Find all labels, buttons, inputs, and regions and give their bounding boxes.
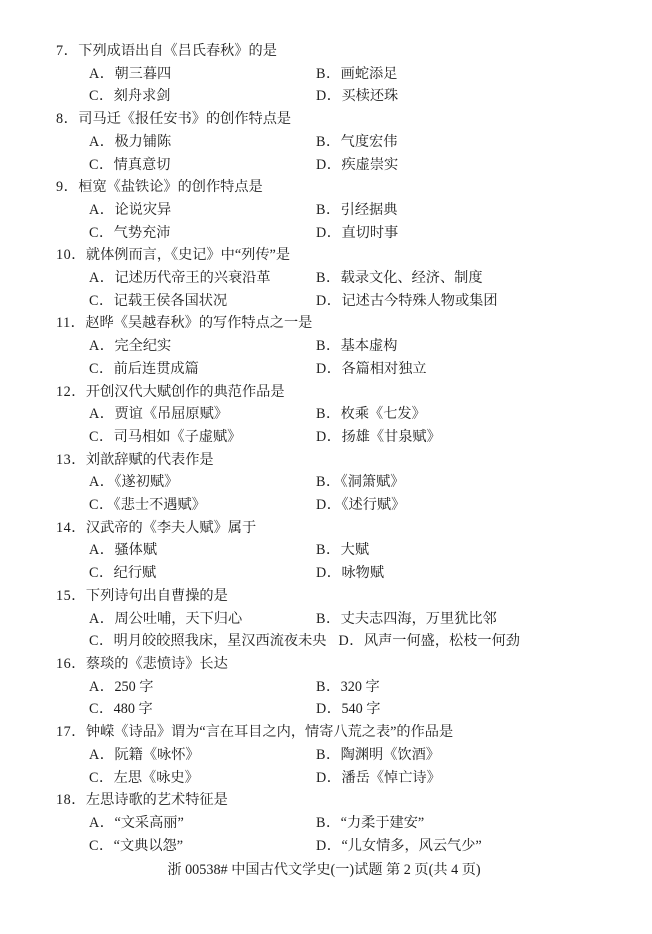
option: B．丈夫志四海，万里犹比邻: [316, 608, 497, 631]
option: A．周公吐哺，天下归心: [89, 608, 316, 631]
option-label: D．: [316, 770, 341, 786]
option: D．“儿女情多，风云气少”: [316, 835, 482, 858]
option-row-ab: A．《遂初赋》 B．《洞箫赋》: [89, 471, 636, 494]
question-stem: 开创汉代大赋创作的典范作品是: [86, 384, 285, 400]
option: A．论说灾异: [89, 199, 316, 222]
option: A．极力铺陈: [89, 131, 316, 154]
question-stem-line: 15．下列诗句出自曹操的是: [56, 585, 636, 608]
option: C．记载王侯各国状况: [89, 290, 316, 313]
question-list: 7．下列成语出自《吕氏春秋》的是 A．朝三暮四 B．画蛇添足 C．刻舟求剑 D．…: [56, 40, 636, 857]
question-stem: 司马迁《报任安书》的创作特点是: [78, 111, 291, 127]
option-row-cd: C．“文典以怨” D．“儿女情多，风云气少”: [89, 835, 636, 858]
option-label: A．: [89, 474, 114, 490]
question-number: 9．: [56, 179, 78, 195]
question-stem-line: 9．桓宽《盐铁论》的创作特点是: [56, 176, 636, 199]
option-label: A．: [89, 270, 114, 286]
option-label: D．: [316, 565, 341, 581]
question: 7．下列成语出自《吕氏春秋》的是 A．朝三暮四 B．画蛇添足 C．刻舟求剑 D．…: [56, 40, 636, 108]
option-row-cd: C．纪行赋 D．咏物赋: [89, 562, 636, 585]
option-label: C．: [89, 701, 114, 717]
option: B．载录文化、经济、制度: [316, 267, 483, 290]
option-label: C．: [89, 88, 114, 104]
question-number: 17．: [56, 724, 86, 740]
option-label: B．: [316, 747, 341, 763]
option: A．骚体赋: [89, 539, 316, 562]
option-text: 480 字: [114, 701, 153, 717]
question: 11．赵晔《吴越春秋》的写作特点之一是 A．完全纪实 B．基本虚构 C．前后连贯…: [56, 312, 636, 380]
option: C．司马相如《子虚赋》: [89, 426, 316, 449]
option: C．“文典以怨”: [89, 835, 316, 858]
option: C．气势充沛: [89, 222, 316, 245]
option-label: A．: [89, 815, 114, 831]
option-row-cd: C．情真意切 D．疾虚崇实: [89, 154, 636, 177]
option: C．刻舟求剑: [89, 85, 316, 108]
question-stem: 桓宽《盐铁论》的创作特点是: [78, 179, 262, 195]
option-label: C．: [89, 497, 114, 513]
question-stem: 下列成语出自《吕氏春秋》的是: [78, 43, 277, 59]
option-label: A．: [89, 202, 114, 218]
option-label: D．: [316, 225, 341, 241]
question-number: 12．: [56, 384, 86, 400]
option: D．风声一何盛，松枝一何劲: [338, 630, 520, 653]
option-row-ab: A．“文采高丽” B．“力柔于建安”: [89, 812, 636, 835]
question: 13．刘歆辞赋的代表作是 A．《遂初赋》 B．《洞箫赋》 C．《悲士不遇赋》 D…: [56, 449, 636, 517]
question: 16．蔡琰的《悲愤诗》长达 A．250 字 B．320 字 C．480 字 D．…: [56, 653, 636, 721]
option-label: D．: [316, 429, 341, 445]
option: C．左思《咏史》: [89, 767, 316, 790]
option-label: B．: [316, 270, 341, 286]
question-stem-line: 12．开创汉代大赋创作的典范作品是: [56, 381, 636, 404]
option-text: “力柔于建安”: [341, 815, 425, 831]
option-row-cd: C．480 字 D．540 字: [89, 698, 636, 721]
option-text: 陶渊明《饮酒》: [341, 747, 440, 763]
option-label: C．: [89, 225, 114, 241]
option: A．阮籍《咏怀》: [89, 744, 316, 767]
option-text: 纪行赋: [114, 565, 157, 581]
option: D．潘岳《悼亡诗》: [316, 767, 441, 790]
question: 12．开创汉代大赋创作的典范作品是 A．贾谊《吊屈原赋》 B．枚乘《七发》 C．…: [56, 381, 636, 449]
option: A．记述历代帝王的兴衰沿革: [89, 267, 316, 290]
option-row-ab: A．阮籍《咏怀》 B．陶渊明《饮酒》: [89, 744, 636, 767]
question: 8．司马迁《报任安书》的创作特点是 A．极力铺陈 B．气度宏伟 C．情真意切 D…: [56, 108, 636, 176]
option-label: A．: [89, 611, 114, 627]
option-text: 前后连贯成篇: [114, 361, 199, 377]
option-text: 疾虚崇实: [341, 157, 398, 173]
page-footer: 浙 00538# 中国古代文学史(一)试题 第 2 页(共 4 页): [12, 859, 636, 882]
question-number: 16．: [56, 656, 86, 672]
option-label: B．: [316, 406, 341, 422]
option-label: B．: [316, 679, 341, 695]
option: C．明月皎皎照我床，星汉西流夜未央: [89, 630, 338, 653]
option-text: 基本虚构: [341, 338, 398, 354]
option: D．540 字: [316, 698, 380, 721]
option-label: B．: [316, 202, 341, 218]
question-stem-line: 17．钟嵘《诗品》谓为“言在耳目之内，情寄八荒之表”的作品是: [56, 721, 636, 744]
option: B．320 字: [316, 676, 380, 699]
option-text: 刻舟求剑: [114, 88, 171, 104]
question-number: 7．: [56, 43, 78, 59]
question-number: 8．: [56, 111, 78, 127]
option-text: 阮籍《咏怀》: [114, 747, 199, 763]
option-row-ab: A．周公吐哺，天下归心 B．丈夫志四海，万里犹比邻: [89, 608, 636, 631]
option-label: D．: [316, 361, 341, 377]
option-text: 枚乘《七发》: [341, 406, 426, 422]
option-text: 论说灾异: [114, 202, 171, 218]
question-number: 18．: [56, 792, 86, 808]
option-label: B．: [316, 611, 341, 627]
option-row-ab: A．骚体赋 B．大赋: [89, 539, 636, 562]
option: D．记述古今特殊人物或集团: [316, 290, 498, 313]
option: B．陶渊明《饮酒》: [316, 744, 440, 767]
option: A．250 字: [89, 676, 316, 699]
option: B．大赋: [316, 539, 369, 562]
option-text: 潘岳《悼亡诗》: [341, 770, 440, 786]
option-row-cd: C．明月皎皎照我床，星汉西流夜未央 D．风声一何盛，松枝一何劲: [89, 630, 636, 653]
option-label: B．: [316, 66, 341, 82]
option-row-cd: C．前后连贯成篇 D．各篇相对独立: [89, 358, 636, 381]
question: 15．下列诗句出自曹操的是 A．周公吐哺，天下归心 B．丈夫志四海，万里犹比邻 …: [56, 585, 636, 653]
option-label: D．: [338, 633, 363, 649]
option-label: A．: [89, 66, 114, 82]
question: 18．左思诗歌的艺术特征是 A．“文采高丽” B．“力柔于建安” C．“文典以怨…: [56, 789, 636, 857]
option-text: 贾谊《吊屈原赋》: [114, 406, 228, 422]
option-text: 极力铺陈: [114, 134, 171, 150]
option-label: C．: [89, 429, 114, 445]
option-text: 司马相如《子虚赋》: [114, 429, 242, 445]
option: C．480 字: [89, 698, 316, 721]
option-text: 大赋: [341, 542, 369, 558]
option-text: 咏物赋: [341, 565, 384, 581]
option: C．前后连贯成篇: [89, 358, 316, 381]
question-stem: 钟嵘《诗品》谓为“言在耳目之内，情寄八荒之表”的作品是: [86, 724, 453, 740]
option: C．纪行赋: [89, 562, 316, 585]
option-label: B．: [316, 815, 341, 831]
option-row-ab: A．记述历代帝王的兴衰沿革 B．载录文化、经济、制度: [89, 267, 636, 290]
option-text: 扬雄《甘泉赋》: [341, 429, 440, 445]
option-text: 气度宏伟: [341, 134, 398, 150]
option-text: “文典以怨”: [114, 838, 183, 854]
question-stem-line: 13．刘歆辞赋的代表作是: [56, 449, 636, 472]
question-stem-line: 7．下列成语出自《吕氏春秋》的是: [56, 40, 636, 63]
option-label: D．: [316, 293, 341, 309]
option: B．“力柔于建安”: [316, 812, 424, 835]
option-label: D．: [316, 838, 341, 854]
option-label: C．: [89, 633, 114, 649]
option-row-cd: C．刻舟求剑 D．买椟还珠: [89, 85, 636, 108]
option-label: C．: [89, 838, 114, 854]
option-label: A．: [89, 134, 114, 150]
option-text: 各篇相对独立: [341, 361, 426, 377]
question-number: 14．: [56, 520, 86, 536]
option: D．疾虚崇实: [316, 154, 398, 177]
option: D．各篇相对独立: [316, 358, 427, 381]
option-row-ab: A．250 字 B．320 字: [89, 676, 636, 699]
option-text: 《遂初赋》: [114, 474, 178, 490]
option-text: 记载王侯各国状况: [114, 293, 228, 309]
option: D．《述行赋》: [316, 494, 405, 517]
option-text: 记述历代帝王的兴衰沿革: [114, 270, 270, 286]
question: 14．汉武帝的《李夫人赋》属于 A．骚体赋 B．大赋 C．纪行赋 D．咏物赋: [56, 517, 636, 585]
question: 17．钟嵘《诗品》谓为“言在耳目之内，情寄八荒之表”的作品是 A．阮籍《咏怀》 …: [56, 721, 636, 789]
option-label: A．: [89, 338, 114, 354]
option-text: “文采高丽”: [114, 815, 183, 831]
option-label: D．: [316, 157, 341, 173]
option-label: C．: [89, 361, 114, 377]
question-number: 13．: [56, 452, 86, 468]
question-stem-line: 10．就体例而言，《史记》中“列传”是: [56, 244, 636, 267]
question-stem: 左思诗歌的艺术特征是: [86, 792, 228, 808]
question-stem: 蔡琰的《悲愤诗》长达: [86, 656, 228, 672]
question: 10．就体例而言，《史记》中“列传”是 A．记述历代帝王的兴衰沿革 B．载录文化…: [56, 244, 636, 312]
option-text: 朝三暮四: [114, 66, 171, 82]
option-text: 气势充沛: [114, 225, 171, 241]
option: C．情真意切: [89, 154, 316, 177]
option-text: “儿女情多，风云气少”: [341, 838, 481, 854]
option: B．气度宏伟: [316, 131, 397, 154]
option: D．直切时事: [316, 222, 398, 245]
question-number: 10．: [56, 247, 86, 263]
option-row-ab: A．完全纪实 B．基本虚构: [89, 335, 636, 358]
option-label: A．: [89, 406, 114, 422]
option-row-cd: C．司马相如《子虚赋》 D．扬雄《甘泉赋》: [89, 426, 636, 449]
question-stem-line: 8．司马迁《报任安书》的创作特点是: [56, 108, 636, 131]
option: D．买椟还珠: [316, 85, 398, 108]
option-text: 风声一何盛，松枝一何劲: [364, 633, 520, 649]
option: A．贾谊《吊屈原赋》: [89, 403, 316, 426]
option-text: 明月皎皎照我床，星汉西流夜未央: [114, 633, 327, 649]
option-row-cd: C．《悲士不遇赋》 D．《述行赋》: [89, 494, 636, 517]
question-stem: 刘歆辞赋的代表作是: [86, 452, 214, 468]
option-row-cd: C．气势充沛 D．直切时事: [89, 222, 636, 245]
option: A．朝三暮四: [89, 63, 316, 86]
option: C．《悲士不遇赋》: [89, 494, 316, 517]
option-label: C．: [89, 770, 114, 786]
option-label: D．: [316, 497, 341, 513]
option: A．完全纪实: [89, 335, 316, 358]
option-row-ab: A．贾谊《吊屈原赋》 B．枚乘《七发》: [89, 403, 636, 426]
question-stem-line: 16．蔡琰的《悲愤诗》长达: [56, 653, 636, 676]
option-row-ab: A．论说灾异 B．引经据典: [89, 199, 636, 222]
option-text: 买椟还珠: [341, 88, 398, 104]
option-label: C．: [89, 293, 114, 309]
option-text: 250 字: [114, 679, 153, 695]
option-label: A．: [89, 747, 114, 763]
option: B．《洞箫赋》: [316, 471, 405, 494]
option-label: B．: [316, 542, 341, 558]
question-stem-line: 14．汉武帝的《李夫人赋》属于: [56, 517, 636, 540]
question-stem: 下列诗句出自曹操的是: [86, 588, 228, 604]
option-text: 丈夫志四海，万里犹比邻: [341, 611, 497, 627]
option-row-cd: C．左思《咏史》 D．潘岳《悼亡诗》: [89, 767, 636, 790]
option-text: 骚体赋: [114, 542, 157, 558]
option-row-ab: A．极力铺陈 B．气度宏伟: [89, 131, 636, 154]
option-text: 画蛇添足: [341, 66, 398, 82]
option-text: 引经据典: [341, 202, 398, 218]
option-label: C．: [89, 565, 114, 581]
option-label: C．: [89, 157, 114, 173]
option-label: A．: [89, 679, 114, 695]
option-text: 载录文化、经济、制度: [341, 270, 483, 286]
option-text: 直切时事: [341, 225, 398, 241]
option: A．《遂初赋》: [89, 471, 316, 494]
option: A．“文采高丽”: [89, 812, 316, 835]
question-stem: 就体例而言，《史记》中“列传”是: [86, 247, 290, 263]
option: B．画蛇添足: [316, 63, 397, 86]
option-text: 左思《咏史》: [114, 770, 199, 786]
option: B．基本虚构: [316, 335, 397, 358]
option-text: 情真意切: [114, 157, 171, 173]
option-label: D．: [316, 88, 341, 104]
question-stem-line: 11．赵晔《吴越春秋》的写作特点之一是: [56, 312, 636, 335]
question-stem-line: 18．左思诗歌的艺术特征是: [56, 789, 636, 812]
option-text: 《洞箫赋》: [341, 474, 405, 490]
option-label: A．: [89, 542, 114, 558]
option-label: D．: [316, 701, 341, 717]
option-row-cd: C．记载王侯各国状况 D．记述古今特殊人物或集团: [89, 290, 636, 313]
option-text: 记述古今特殊人物或集团: [341, 293, 497, 309]
option-text: 完全纪实: [114, 338, 171, 354]
option-label: B．: [316, 338, 341, 354]
question: 9．桓宽《盐铁论》的创作特点是 A．论说灾异 B．引经据典 C．气势充沛 D．直…: [56, 176, 636, 244]
option-text: 《悲士不遇赋》: [114, 497, 206, 513]
option: D．扬雄《甘泉赋》: [316, 426, 441, 449]
option-label: B．: [316, 134, 341, 150]
question-number: 11．: [56, 315, 85, 331]
question-number: 15．: [56, 588, 86, 604]
option-text: 540 字: [341, 701, 380, 717]
question-stem: 赵晔《吴越春秋》的写作特点之一是: [85, 315, 312, 331]
option-text: 《述行赋》: [341, 497, 405, 513]
question-stem: 汉武帝的《李夫人赋》属于: [86, 520, 256, 536]
option-text: 320 字: [341, 679, 380, 695]
option: B．枚乘《七发》: [316, 403, 426, 426]
option-label: B．: [316, 474, 341, 490]
option-row-ab: A．朝三暮四 B．画蛇添足: [89, 63, 636, 86]
exam-page: 7．下列成语出自《吕氏春秋》的是 A．朝三暮四 B．画蛇添足 C．刻舟求剑 D．…: [0, 0, 652, 934]
option-text: 周公吐哺，天下归心: [114, 611, 242, 627]
option: B．引经据典: [316, 199, 397, 222]
option: D．咏物赋: [316, 562, 384, 585]
